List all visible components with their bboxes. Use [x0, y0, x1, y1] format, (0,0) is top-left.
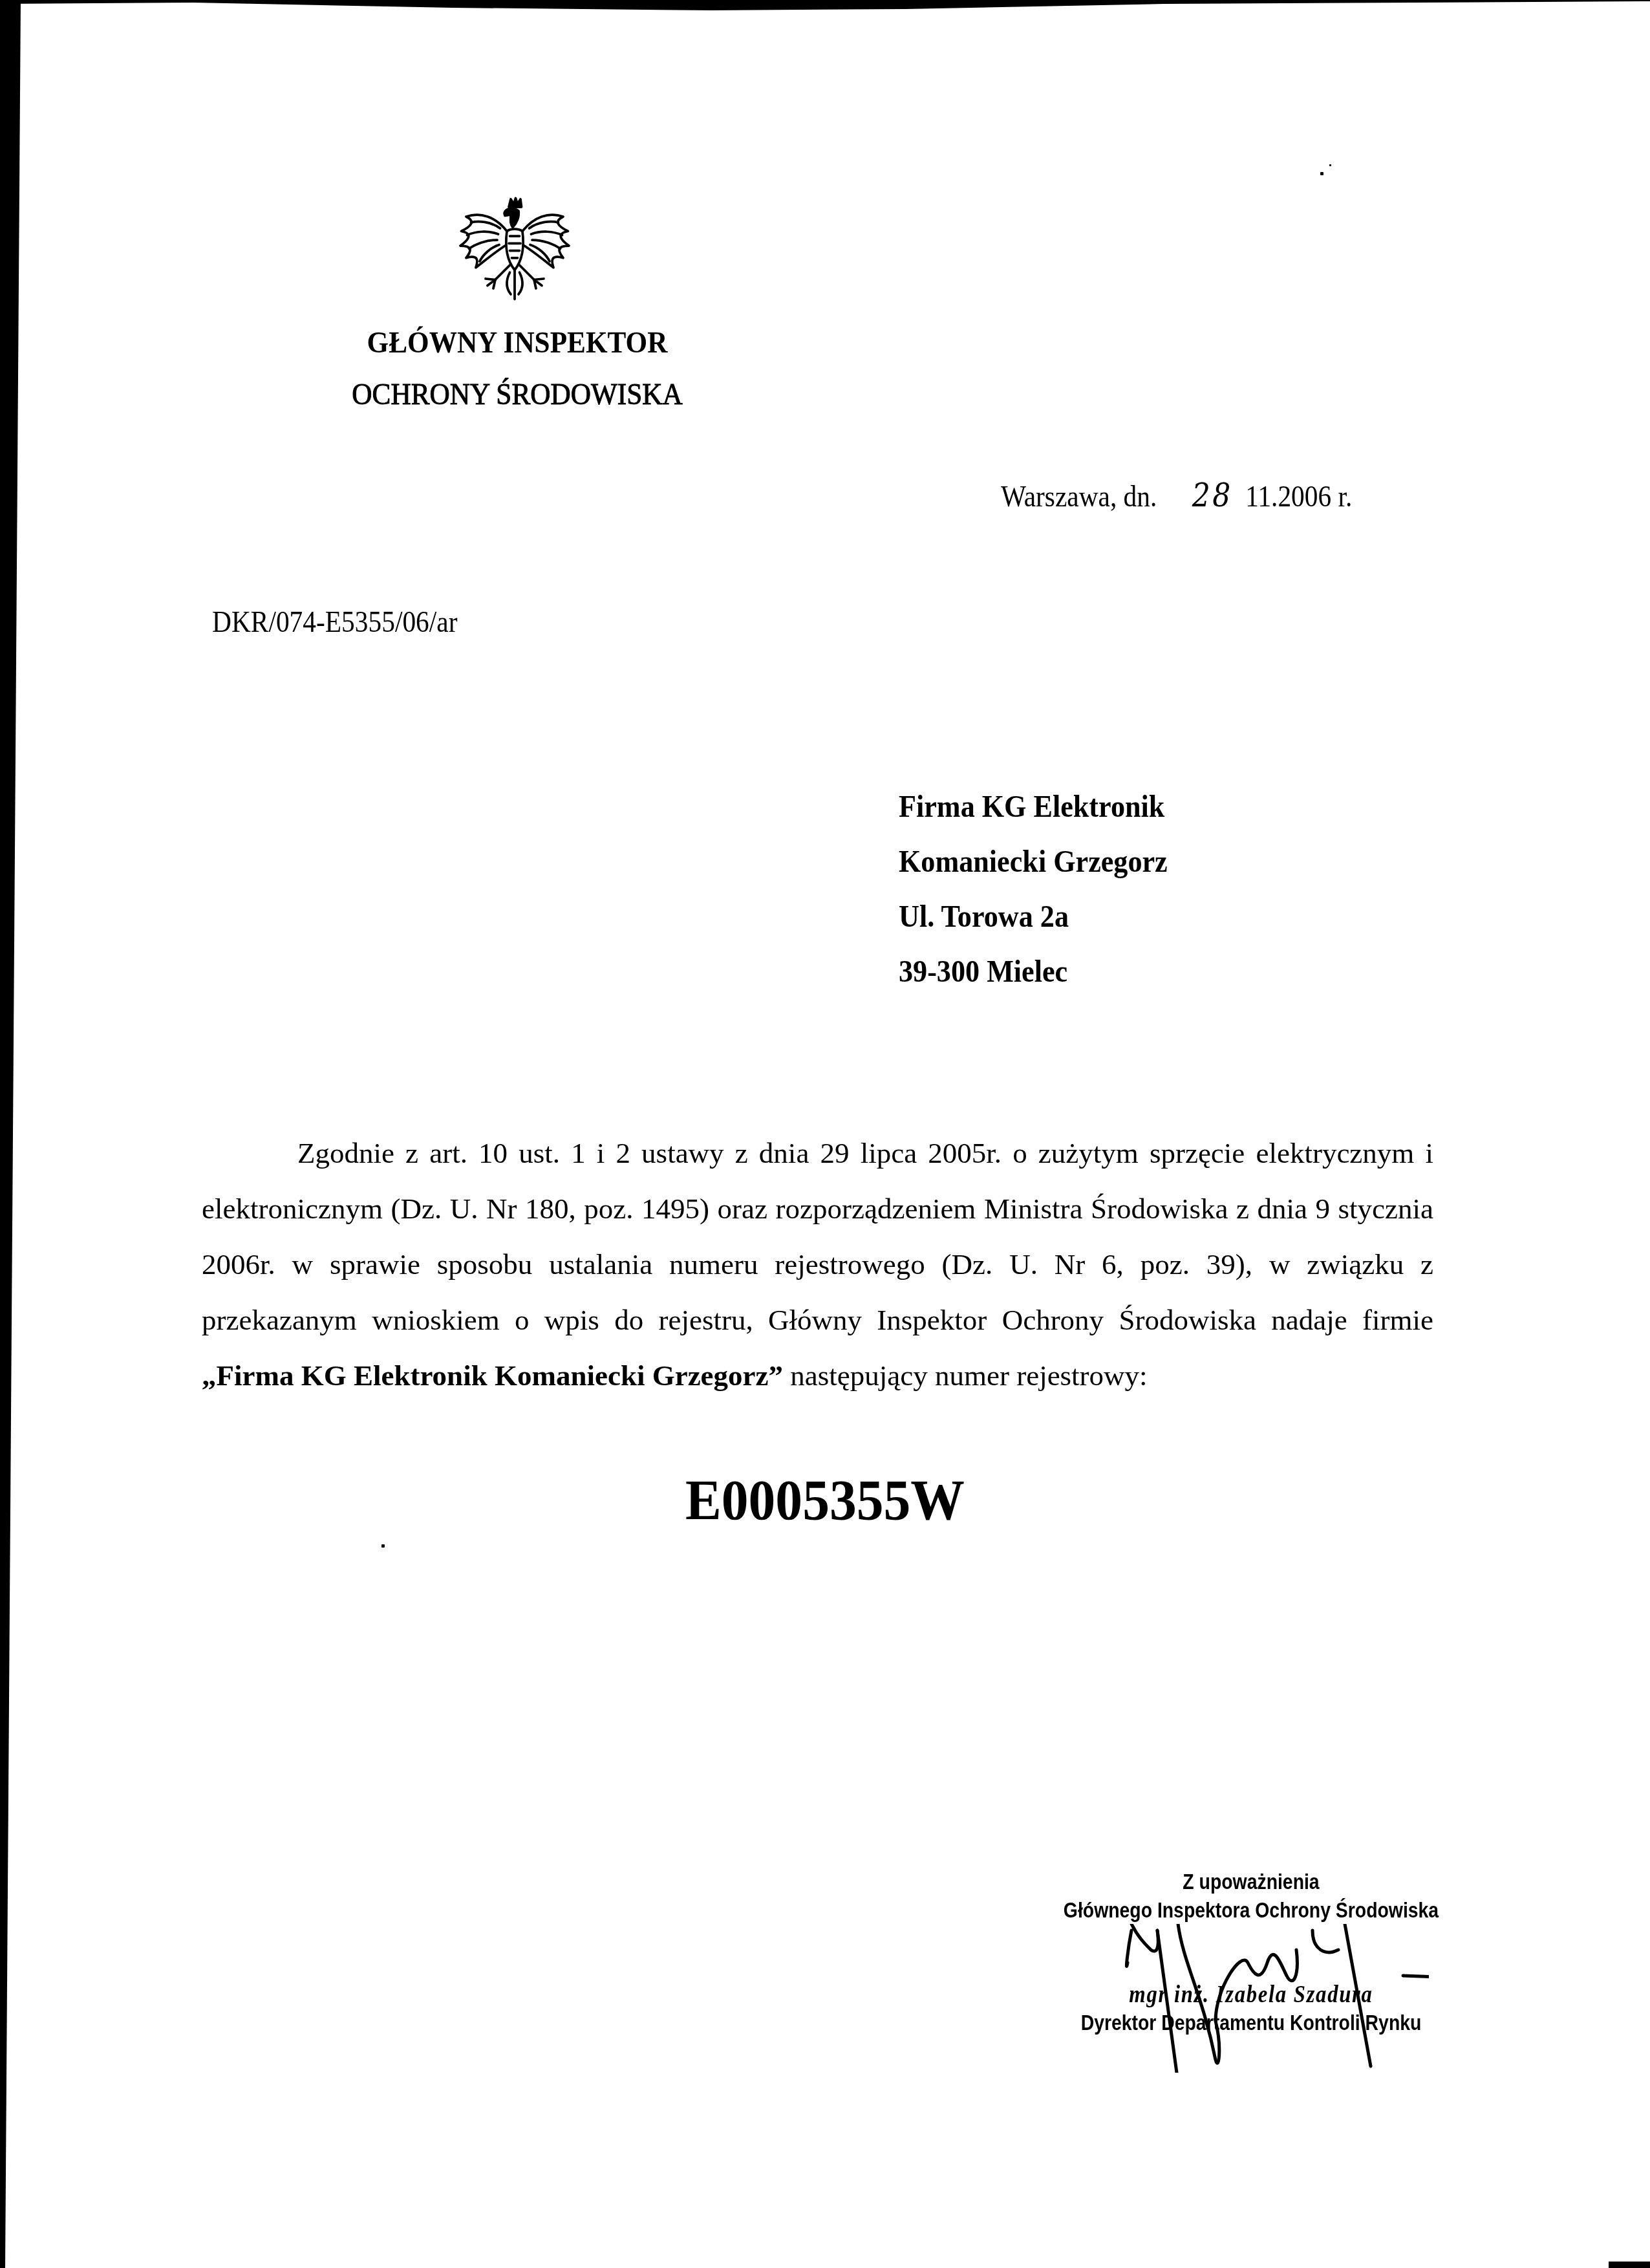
- signatory-name: mgr inż. Izabela Szadura: [1056, 1980, 1446, 2009]
- scan-mark-bottom-right: [1609, 2262, 1650, 2268]
- scan-speck: [1320, 172, 1323, 175]
- reference-number: DKR/074-E5355/06/ar: [212, 605, 457, 639]
- scan-speck: [381, 1544, 385, 1548]
- signature-gap: [1025, 1925, 1477, 1980]
- recipient-street: Ul. Torowa 2a: [899, 889, 1168, 944]
- body-paragraph: Zgodnie z art. 10 ust. 1 i 2 ustawy z dn…: [202, 1125, 1433, 1403]
- place-label: Warszawa, dn.: [1001, 480, 1157, 513]
- signature-authority: Głównego Inspektora Ochrony Środowiska: [1056, 1896, 1446, 1925]
- month-year: 11.2006 r.: [1245, 480, 1352, 513]
- place-and-date: Warszawa, dn.2811.2006 r.: [1001, 477, 1352, 514]
- scan-border-left: [0, 0, 26, 2268]
- institution-line-2: OCHRONY ŚRODOWISKA: [279, 369, 755, 420]
- registration-number: E0005355W: [41, 1468, 1609, 1533]
- signature-block: Z upoważnienia Głównego Inspektora Ochro…: [1025, 1868, 1477, 2037]
- recipient-address: Firma KG Elektronik Komaniecki Grzegorz …: [899, 779, 1168, 999]
- body-company-name: „Firma KG Elektronik Komaniecki Grzegorz…: [202, 1359, 783, 1392]
- body-text-before: Zgodnie z art. 10 ust. 1 i 2 ustawy z dn…: [202, 1137, 1433, 1336]
- scan-border-top: [0, 0, 1650, 12]
- institution-name: GŁÓWNY INSPEKTOR OCHRONY ŚRODOWISKA: [279, 317, 755, 420]
- handwritten-day: 28: [1192, 477, 1233, 514]
- letter-body: Zgodnie z art. 10 ust. 1 i 2 ustawy z dn…: [202, 1125, 1433, 1403]
- recipient-company: Firma KG Elektronik: [899, 779, 1168, 834]
- institution-line-1: GŁÓWNY INSPEKTOR: [279, 317, 755, 369]
- recipient-name: Komaniecki Grzegorz: [899, 834, 1168, 889]
- signatory-position: Dyrektor Departamentu Kontroli Rynku: [1056, 2009, 1446, 2037]
- eagle-emblem-icon: [456, 194, 573, 307]
- body-text-after: następujący numer rejestrowy:: [783, 1359, 1148, 1392]
- recipient-city: 39-300 Mielec: [899, 944, 1168, 999]
- scan-speck: [1329, 164, 1331, 166]
- signature-authorization: Z upoważnienia: [1056, 1868, 1446, 1896]
